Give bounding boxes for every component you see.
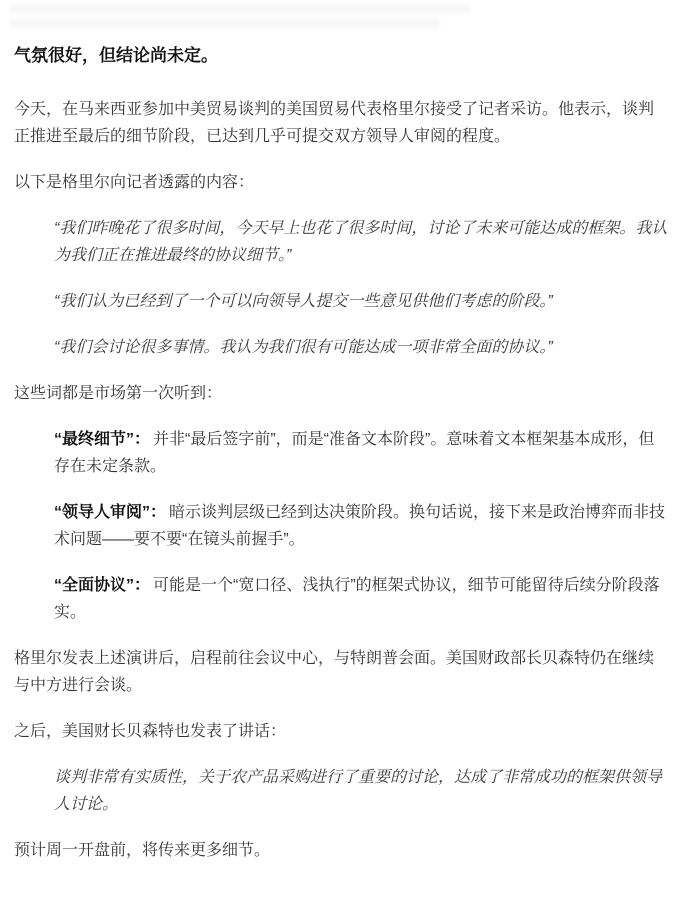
bessent-intro-paragraph: 之后，美国财长贝森特也发表了讲话： (14, 718, 668, 745)
intro-paragraph: 今天，在马来西亚参加中美贸易谈判的美国贸易代表格里尔接受了记者采访。他表示，谈判… (14, 96, 668, 150)
greer-quote-1: “我们昨晚花了很多时间，今天早上也花了很多时间，讨论了未来可能达成的框架。我认为… (54, 215, 668, 269)
article-page: 气氛很好，但结论尚未定。 今天，在马来西亚参加中美贸易谈判的美国贸易代表格里尔接… (0, 0, 678, 899)
closing-paragraph: 预计周一开盘前，将传来更多细节。 (14, 837, 668, 864)
definition-comprehensive-deal-term: “全面协议”： (54, 577, 150, 594)
cropped-text-remnant (10, 4, 480, 30)
definition-final-details: “最终细节”：并非“最后签字前”，而是“准备文本阶段”。意味着文本框架基本成形，… (54, 426, 668, 480)
market-note-paragraph: 这些词都是市场第一次听到： (14, 380, 668, 407)
definition-leader-review: “领导人审阅”：暗示谈判层级已经到达决策阶段。换句话说，接下来是政治博弈而非技术… (54, 499, 668, 553)
definition-comprehensive-deal: “全面协议”：可能是一个“宽口径、浅执行”的框架式协议，细节可能留待后续分阶段落… (54, 572, 668, 626)
definition-leader-review-term: “领导人审阅”： (54, 504, 166, 521)
greer-quote-3: “我们会讨论很多事情。我认为我们很有可能达成一项非常全面的协议。” (54, 334, 668, 361)
lead-in-paragraph: 以下是格里尔向记者透露的内容： (14, 169, 668, 196)
bessent-quote: 谈判非常有实质性，关于农产品采购进行了重要的讨论，达成了非常成功的框架供领导人讨… (54, 764, 668, 818)
greer-quote-2: “我们认为已经到了一个可以向领导人提交一些意见供他们考虑的阶段。” (54, 288, 668, 315)
definition-final-details-term: “最终细节”： (54, 431, 150, 448)
article-heading: 气氛很好，但结论尚未定。 (14, 44, 668, 68)
followup-paragraph: 格里尔发表上述演讲后，启程前往会议中心，与特朗普会面。美国财政部长贝森特仍在继续… (14, 645, 668, 699)
